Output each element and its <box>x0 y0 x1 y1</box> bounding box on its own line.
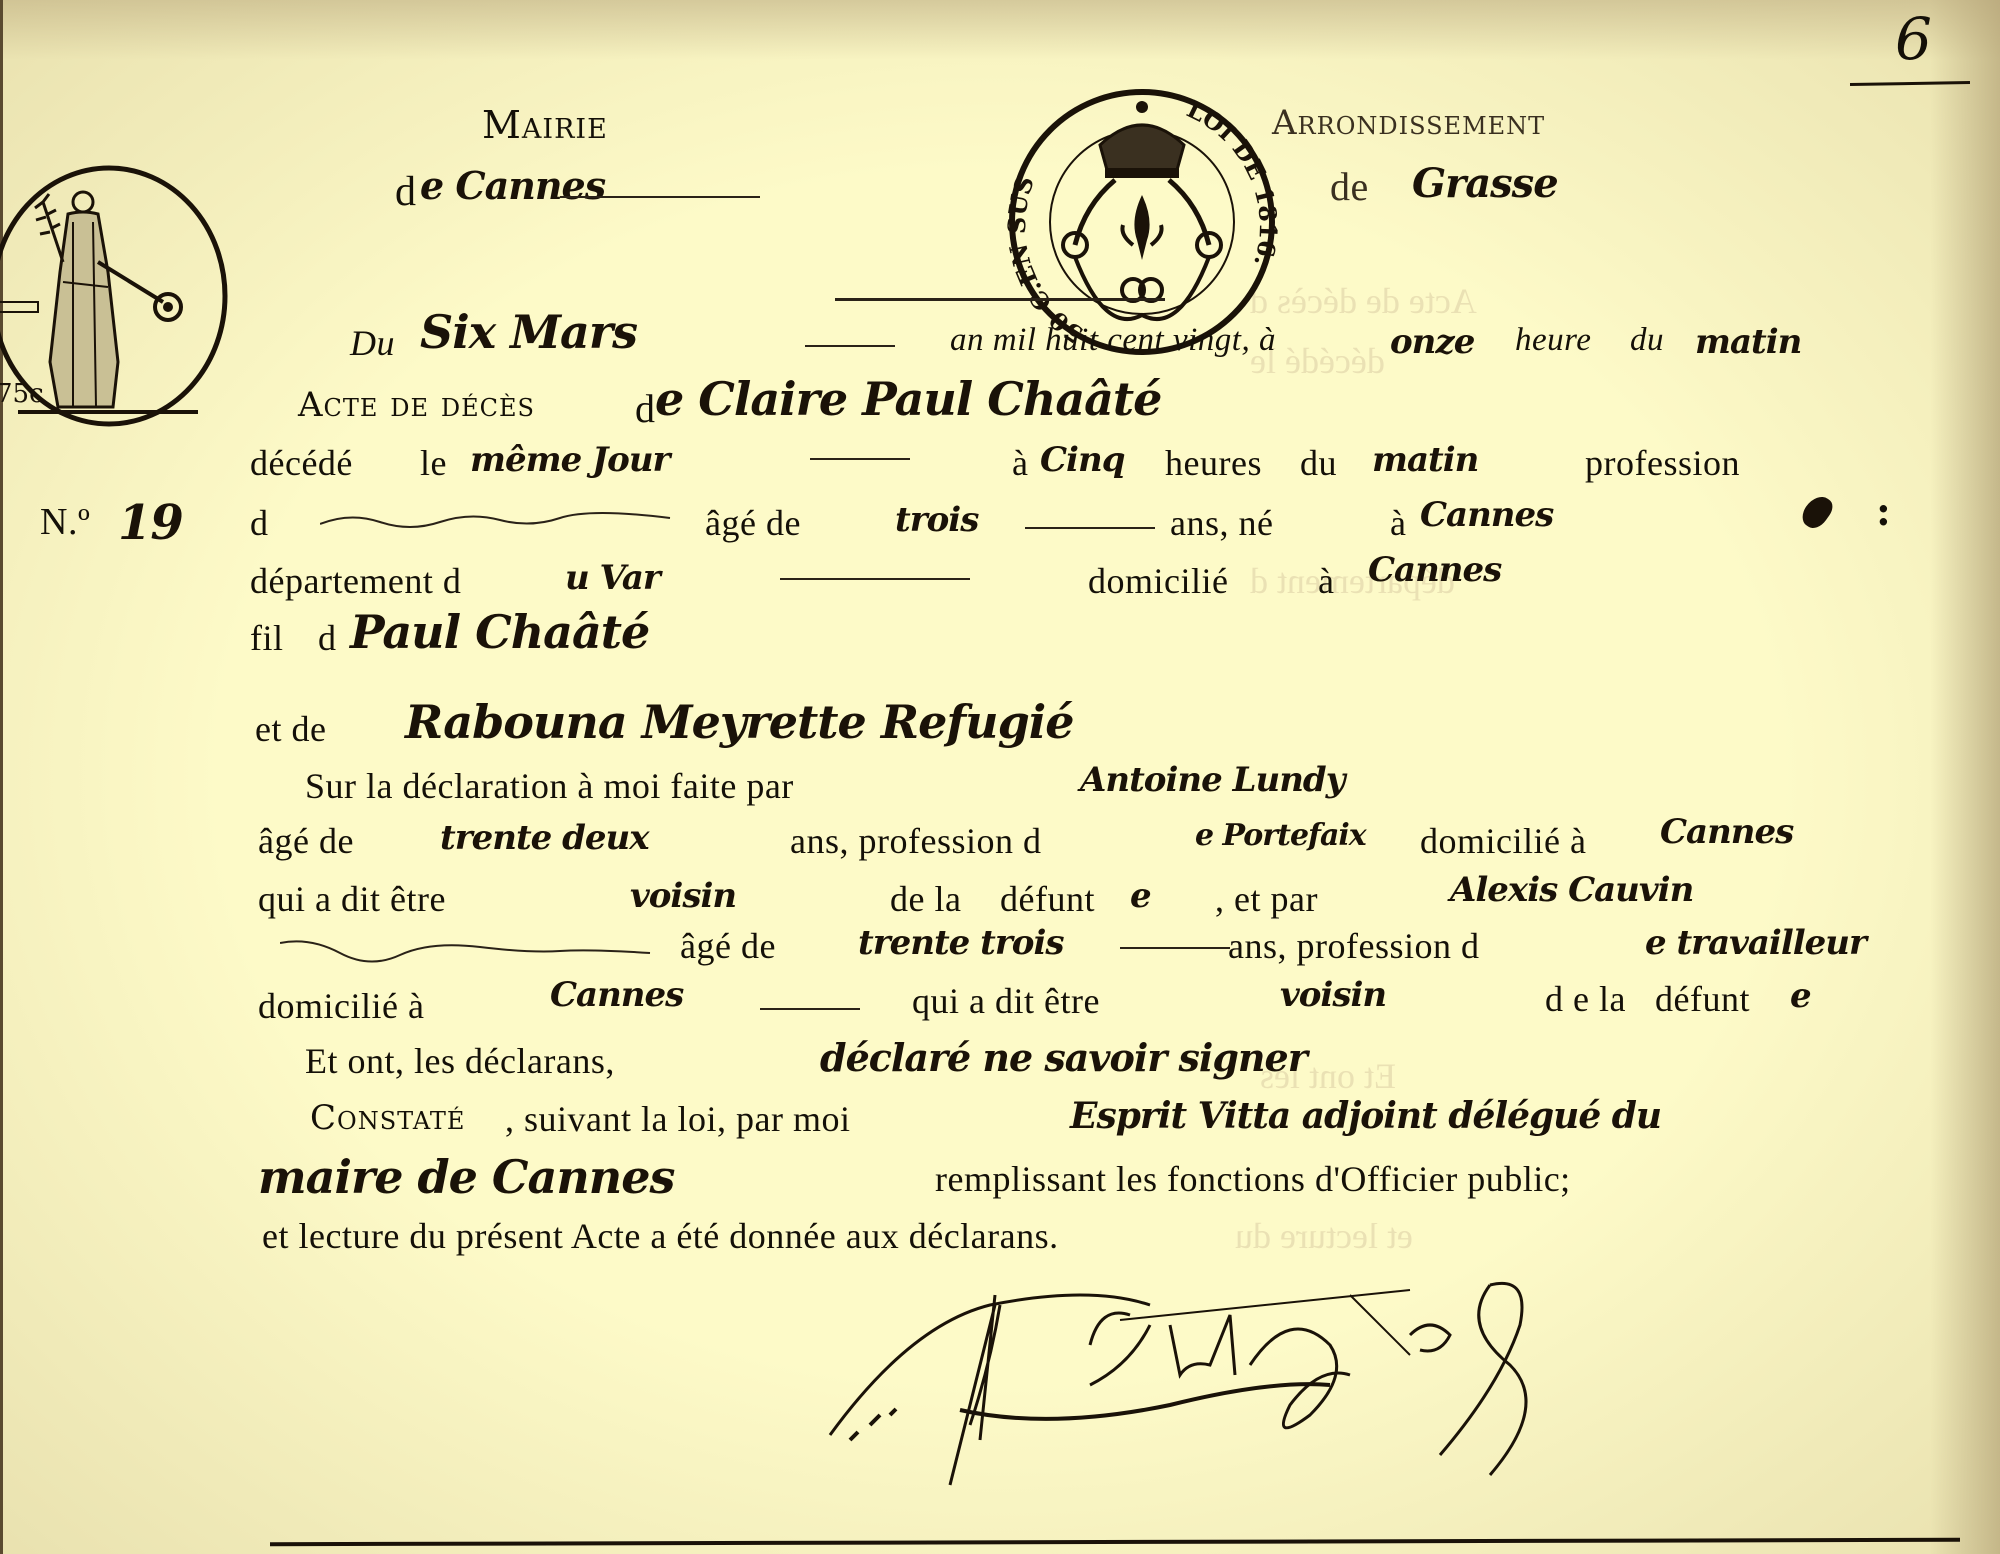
margin-colon: : <box>1876 488 1891 535</box>
mairie-prefix: d <box>395 168 417 216</box>
deceased-le: le <box>420 442 447 484</box>
domicile-value: Cannes <box>1368 550 1501 590</box>
mairie-label: Mairie <box>482 103 608 147</box>
constate-label: Constaté <box>310 1098 465 1138</box>
age-value: trois <box>895 500 978 540</box>
blank-declarant2-line <box>280 935 660 965</box>
declarant1-age: trente deux <box>440 818 649 858</box>
lecture-text: et lecture du présent Acte a été donnée … <box>262 1215 1059 1257</box>
defunt1-suffix: e <box>1130 876 1151 916</box>
declarant1-ans-prof: ans, profession d <box>790 820 1041 862</box>
father-name: Paul Chaâté <box>350 605 649 659</box>
declarant2-ans-prof: ans, profession d <box>1228 925 1479 967</box>
date-value: Six Mars <box>420 305 637 359</box>
arrondissement-value: Grasse <box>1412 160 1558 207</box>
act-number-label: N.º <box>40 500 90 544</box>
fils-label: fil <box>250 617 284 659</box>
mother-name: Rabouna Meyrette Refugié <box>405 695 1073 749</box>
declarant1-domicile: Cannes <box>1660 812 1793 852</box>
deceased-heures: heures <box>1165 442 1262 484</box>
tax-stamp-medallion-icon: 75c <box>0 162 230 430</box>
declarant2-domicile: Cannes <box>550 975 683 1015</box>
declarant1-relation: voisin <box>630 876 736 916</box>
profession-prefix: d <box>250 502 269 544</box>
hour-period: matin <box>1695 322 1801 362</box>
deceased-day: même Jour <box>470 440 669 480</box>
qui-dit-etre-2: qui a dit être <box>912 980 1100 1022</box>
fils-de: d <box>318 617 337 659</box>
dept-label: département d <box>250 560 461 602</box>
declaration-text: Sur la déclaration à moi faite par <box>305 765 794 807</box>
deceased-name: e Claire Paul Chaâté <box>655 372 1161 426</box>
arrondissement-label: Arrondissement <box>1272 103 1545 143</box>
dept-value: u Var <box>565 558 660 598</box>
declarant2-age-underline <box>1120 947 1230 949</box>
age-label: âgé de <box>705 502 801 544</box>
seal-crossing-rule <box>835 298 1165 301</box>
defunt2-suffix: e <box>1790 976 1811 1016</box>
bleed-through-text: et lecture du <box>1235 1215 1413 1257</box>
et-par: , et par <box>1215 878 1318 920</box>
hour-value: onze <box>1390 322 1474 362</box>
qui-dit-etre: qui a dit être <box>258 878 446 920</box>
bleed-through-text: Acte de décès d <box>1250 280 1477 322</box>
et-ont-value: déclaré ne savoir signer <box>820 1035 1307 1080</box>
hour-suffix: du <box>1630 322 1664 359</box>
deceased-a: à <box>1012 442 1028 484</box>
birth-place: Cannes <box>1420 495 1553 535</box>
declarant2-relation: voisin <box>1280 975 1386 1015</box>
de-la-2: d e la <box>1545 978 1626 1020</box>
declarant2-age-label: âgé de <box>680 925 776 967</box>
officer-signature: Esp. Vitta adj. <box>790 1265 1710 1505</box>
ans-label: ans, né <box>1170 502 1273 544</box>
remplissant-text: remplissant les fonctions d'Officier pub… <box>935 1158 1571 1200</box>
acte-label: Acte de décès <box>298 385 535 425</box>
mairie-underline <box>560 196 760 198</box>
declarant2-name: Alexis Cauvin <box>1450 870 1693 910</box>
date-year-text: an mil huit cent vingt, à <box>950 322 1276 359</box>
deceased-hour: Cinq <box>1040 440 1124 480</box>
mother-prefix: et de <box>255 708 326 750</box>
domicile-label: domicilié <box>1088 560 1228 602</box>
date-prefix: Du <box>350 322 395 364</box>
birth-a: à <box>1390 502 1406 544</box>
mairie-value: e Cannes <box>420 163 605 208</box>
arrondissement-prefix: de <box>1330 163 1369 210</box>
declarant1-name: Antoine Lundy <box>1080 760 1344 800</box>
profession-label: profession <box>1585 442 1740 484</box>
declarant1-age-label: âgé de <box>258 820 354 862</box>
defunt1: défunt <box>1000 878 1095 920</box>
acte-prefix: d <box>635 385 656 432</box>
deceased-label: décédé <box>250 442 353 484</box>
de-la: de la <box>890 878 961 920</box>
deceased-period: matin <box>1372 440 1478 480</box>
declarant2-domicile-underline <box>760 1008 860 1010</box>
constate-text: , suivant la loi, par moi <box>505 1098 850 1140</box>
officer-name: Esprit Vitta adjoint délégué du <box>1070 1095 1661 1137</box>
royal-seal-stamp-icon: 50 C.EN SUS LOI DE 1816. <box>1005 85 1280 360</box>
date-underline <box>805 345 895 347</box>
act-number-value: 19 <box>118 495 183 551</box>
deceased-day-underline <box>810 458 910 460</box>
officer-name-cont: maire de Cannes <box>258 1150 674 1204</box>
domicile-a: à <box>1318 560 1334 602</box>
declarant2-age: trente trois <box>858 923 1064 963</box>
page-number: 6 <box>1895 5 1932 73</box>
declarant1-domicile-label: domicilié à <box>1420 820 1586 862</box>
deceased-du: du <box>1300 442 1337 484</box>
declarant1-profession: e Portefaix <box>1195 818 1366 853</box>
hour-text: heure <box>1515 322 1591 359</box>
stamp-value: 75c <box>0 379 44 409</box>
et-ont-label: Et ont, les déclarans, <box>305 1040 615 1082</box>
dept-underline <box>780 578 970 580</box>
declarant2-profession: e travailleur <box>1645 923 1866 963</box>
defunt2: défunt <box>1655 978 1750 1020</box>
age-underline <box>1025 527 1155 529</box>
blank-profession-line <box>320 508 680 532</box>
declarant2-domicile-label: domicilié à <box>258 985 424 1027</box>
